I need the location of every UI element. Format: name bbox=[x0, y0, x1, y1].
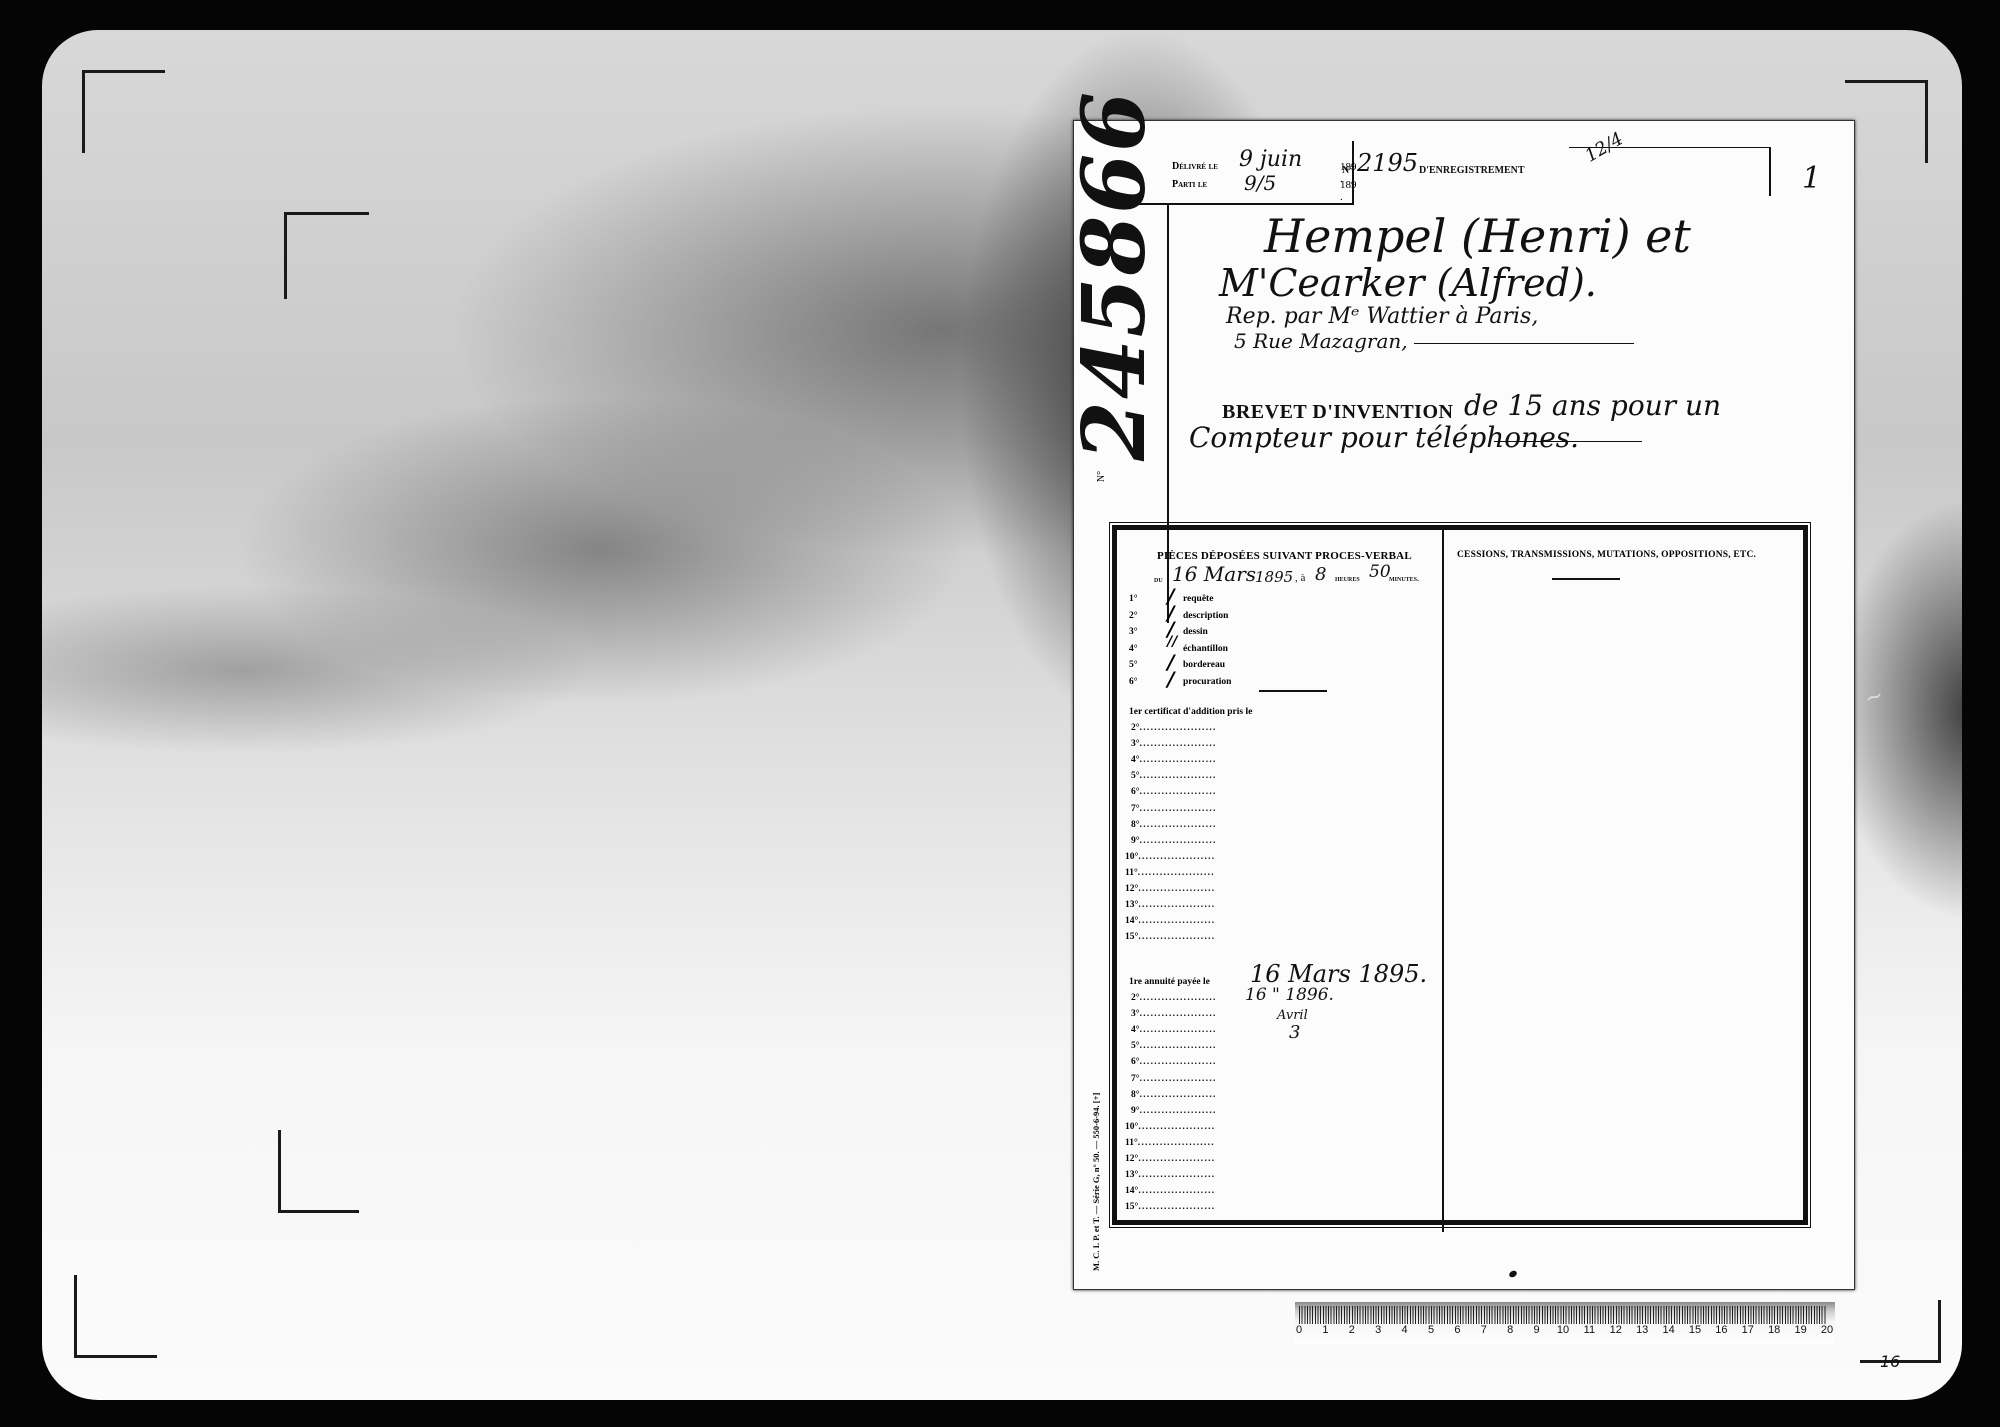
plate-number: 16 bbox=[1880, 1352, 1900, 1371]
applicant-line-1: Hempel (Henri) et bbox=[1264, 209, 1691, 263]
certificat-row: 7°..................... bbox=[1131, 804, 1217, 814]
piece-label: bordereau bbox=[1183, 660, 1225, 670]
certificat-row: 15°..................... bbox=[1125, 932, 1216, 942]
crop-mark-inner-bottom-left bbox=[278, 1130, 359, 1213]
annuite-row: 14°..................... bbox=[1125, 1186, 1216, 1196]
cessions-rule bbox=[1552, 578, 1620, 580]
a-label: , à bbox=[1295, 572, 1305, 584]
piece-number: 6° bbox=[1129, 677, 1138, 687]
piece-number: 3° bbox=[1129, 627, 1138, 637]
measurement-ruler: 01234567891011121314151617181920 bbox=[1295, 1302, 1835, 1344]
delivre-label: Délivré le bbox=[1172, 161, 1218, 172]
invention-title: Compteur pour téléphones. bbox=[1189, 421, 1579, 454]
certificat-row: 11°..................... bbox=[1125, 868, 1215, 878]
annuite-row: 9°..................... bbox=[1131, 1106, 1217, 1116]
piece-checkmark: // bbox=[1167, 634, 1177, 650]
certificat-row: 13°..................... bbox=[1125, 900, 1216, 910]
ruler-label: 9 bbox=[1534, 1324, 1540, 1336]
crop-mark-top-right bbox=[1845, 80, 1928, 163]
pv-date: 16 Mars bbox=[1172, 562, 1256, 586]
header-right-bracket bbox=[1569, 147, 1771, 196]
ruler-label: 5 bbox=[1428, 1324, 1434, 1336]
pieces-section-title: PIÈCES DÉPOSÉES SUIVANT PROCES-VERBAL bbox=[1157, 550, 1412, 562]
piece-number: 4° bbox=[1129, 644, 1138, 654]
annuite-row: 15°..................... bbox=[1125, 1202, 1216, 1212]
certificat-row: 4°..................... bbox=[1131, 755, 1217, 765]
enregistrement-number: 2195 bbox=[1357, 149, 1418, 177]
annuite-row: 2°..................... bbox=[1131, 993, 1217, 1003]
ruler-label: 15 bbox=[1689, 1324, 1701, 1336]
heures-label: heures bbox=[1335, 574, 1360, 583]
page-mark: 1 bbox=[1802, 161, 1821, 196]
piece-number: 2° bbox=[1129, 611, 1138, 621]
annuite-3-value: Avril bbox=[1277, 1008, 1308, 1023]
patent-sheet: Délivré le 9 juin 189 . Parti le 9/5 189… bbox=[1073, 120, 1855, 1290]
annuite-row: 10°..................... bbox=[1125, 1122, 1216, 1132]
annuite-row: 4°..................... bbox=[1131, 1025, 1217, 1035]
section-rule bbox=[1259, 690, 1327, 692]
annuite-row: 6°..................... bbox=[1131, 1057, 1217, 1067]
annuite-row: 11°..................... bbox=[1125, 1138, 1215, 1148]
form-reference-caption: M. C. I. P. et T. — Série G, n° 50. — 55… bbox=[1091, 1093, 1101, 1271]
annuite-row: 3°..................... bbox=[1131, 1009, 1217, 1019]
annuite-4-value: 3 bbox=[1289, 1022, 1300, 1043]
parti-label: Parti le bbox=[1172, 179, 1207, 190]
certificat-row: 12°..................... bbox=[1125, 884, 1216, 894]
ruler-label: 12 bbox=[1610, 1324, 1622, 1336]
ruler-label: 19 bbox=[1794, 1324, 1806, 1336]
pv-minutes: 50 bbox=[1369, 562, 1391, 582]
delivre-value: 9 juin bbox=[1239, 147, 1302, 172]
ruler-label: 11 bbox=[1584, 1324, 1595, 1336]
pv-hour: 8 bbox=[1315, 564, 1326, 585]
annuite-row: 7°..................... bbox=[1131, 1074, 1217, 1084]
annuite-row: 12°..................... bbox=[1125, 1154, 1216, 1164]
certificat-row: 6°..................... bbox=[1131, 787, 1217, 797]
invention-duration: de 15 ans pour un bbox=[1464, 389, 1721, 422]
applicant-line-3: Rep. par Mᵉ Wattier à Paris, bbox=[1226, 304, 1538, 329]
piece-checkmark: / bbox=[1167, 667, 1174, 691]
applicant-underline bbox=[1414, 343, 1634, 344]
crop-mark-top-left bbox=[82, 70, 165, 153]
piece-label: procuration bbox=[1183, 677, 1231, 687]
ruler-ticks bbox=[1299, 1306, 1827, 1324]
certificat-row: 9°..................... bbox=[1131, 836, 1217, 846]
ruler-label: 20 bbox=[1821, 1324, 1833, 1336]
crop-mark-inner-top-left bbox=[284, 212, 369, 299]
ruler-label: 16 bbox=[1715, 1324, 1727, 1336]
certificat-row: 8°..................... bbox=[1131, 820, 1217, 830]
enregistrement-prefix: N° bbox=[1342, 165, 1353, 176]
applicant-line-2: M'Cearker (Alfred). bbox=[1219, 261, 1597, 305]
certificat-row: 5°..................... bbox=[1131, 771, 1217, 781]
ruler-labels: 01234567891011121314151617181920 bbox=[1295, 1324, 1835, 1342]
ruler-label: 8 bbox=[1507, 1324, 1513, 1336]
crop-mark-bottom-right bbox=[1860, 1300, 1941, 1363]
cessions-section-title: CESSIONS, TRANSMISSIONS, MUTATIONS, OPPO… bbox=[1457, 550, 1756, 560]
ruler-label: 1 bbox=[1322, 1324, 1328, 1336]
ruler-label: 0 bbox=[1296, 1324, 1302, 1336]
piece-number: 5° bbox=[1129, 660, 1138, 670]
certificat-row: 3°..................... bbox=[1131, 739, 1217, 749]
annuite-first-label: 1re annuité payée le bbox=[1129, 977, 1210, 987]
column-divider bbox=[1442, 530, 1444, 1232]
ruler-label: 4 bbox=[1402, 1324, 1408, 1336]
ruler-label: 6 bbox=[1454, 1324, 1460, 1336]
registry-number: 245866 bbox=[1064, 90, 1165, 461]
ruler-label: 18 bbox=[1768, 1324, 1780, 1336]
pv-year: 1895 bbox=[1255, 568, 1293, 586]
certificat-row: 2°..................... bbox=[1131, 723, 1217, 733]
ink-blot bbox=[1508, 1269, 1518, 1278]
piece-label: échantillon bbox=[1183, 644, 1228, 654]
certificat-first-label: 1er certificat d'addition pris le bbox=[1129, 707, 1252, 717]
ruler-label: 2 bbox=[1349, 1324, 1355, 1336]
du-label: du bbox=[1154, 574, 1163, 584]
parti-value: 9/5 bbox=[1244, 171, 1276, 195]
certificat-row: 10°..................... bbox=[1125, 852, 1216, 862]
minutes-label: minutes. bbox=[1389, 574, 1419, 583]
invention-underline bbox=[1494, 441, 1642, 442]
enregistrement-label: D'ENREGISTREMENT bbox=[1419, 165, 1525, 176]
ruler-label: 7 bbox=[1481, 1324, 1487, 1336]
registry-no-prefix: N° bbox=[1096, 471, 1107, 482]
annuite-row: 13°..................... bbox=[1125, 1170, 1216, 1180]
annuite-row: 8°..................... bbox=[1131, 1090, 1217, 1100]
piece-label: description bbox=[1183, 611, 1228, 621]
crop-mark-bottom-left bbox=[74, 1275, 157, 1358]
piece-number: 1° bbox=[1129, 594, 1138, 604]
annuite-1-value: 16 Mars 1895. bbox=[1250, 960, 1427, 988]
piece-label: dessin bbox=[1183, 627, 1208, 637]
piece-label: requête bbox=[1183, 594, 1213, 604]
register-frame: PIÈCES DÉPOSÉES SUIVANT PROCES-VERBAL du… bbox=[1112, 525, 1808, 1225]
ruler-label: 17 bbox=[1742, 1324, 1754, 1336]
parti-year: 189 . bbox=[1340, 179, 1357, 203]
ruler-label: 3 bbox=[1375, 1324, 1381, 1336]
ruler-label: 14 bbox=[1662, 1324, 1674, 1336]
ruler-label: 10 bbox=[1557, 1324, 1569, 1336]
certificat-row: 14°..................... bbox=[1125, 916, 1216, 926]
annuite-2-value: 16 " 1896. bbox=[1245, 985, 1334, 1005]
applicant-line-4: 5 Rue Mazagran, bbox=[1234, 329, 1408, 353]
ruler-label: 13 bbox=[1636, 1324, 1648, 1336]
annuite-row: 5°..................... bbox=[1131, 1041, 1217, 1051]
